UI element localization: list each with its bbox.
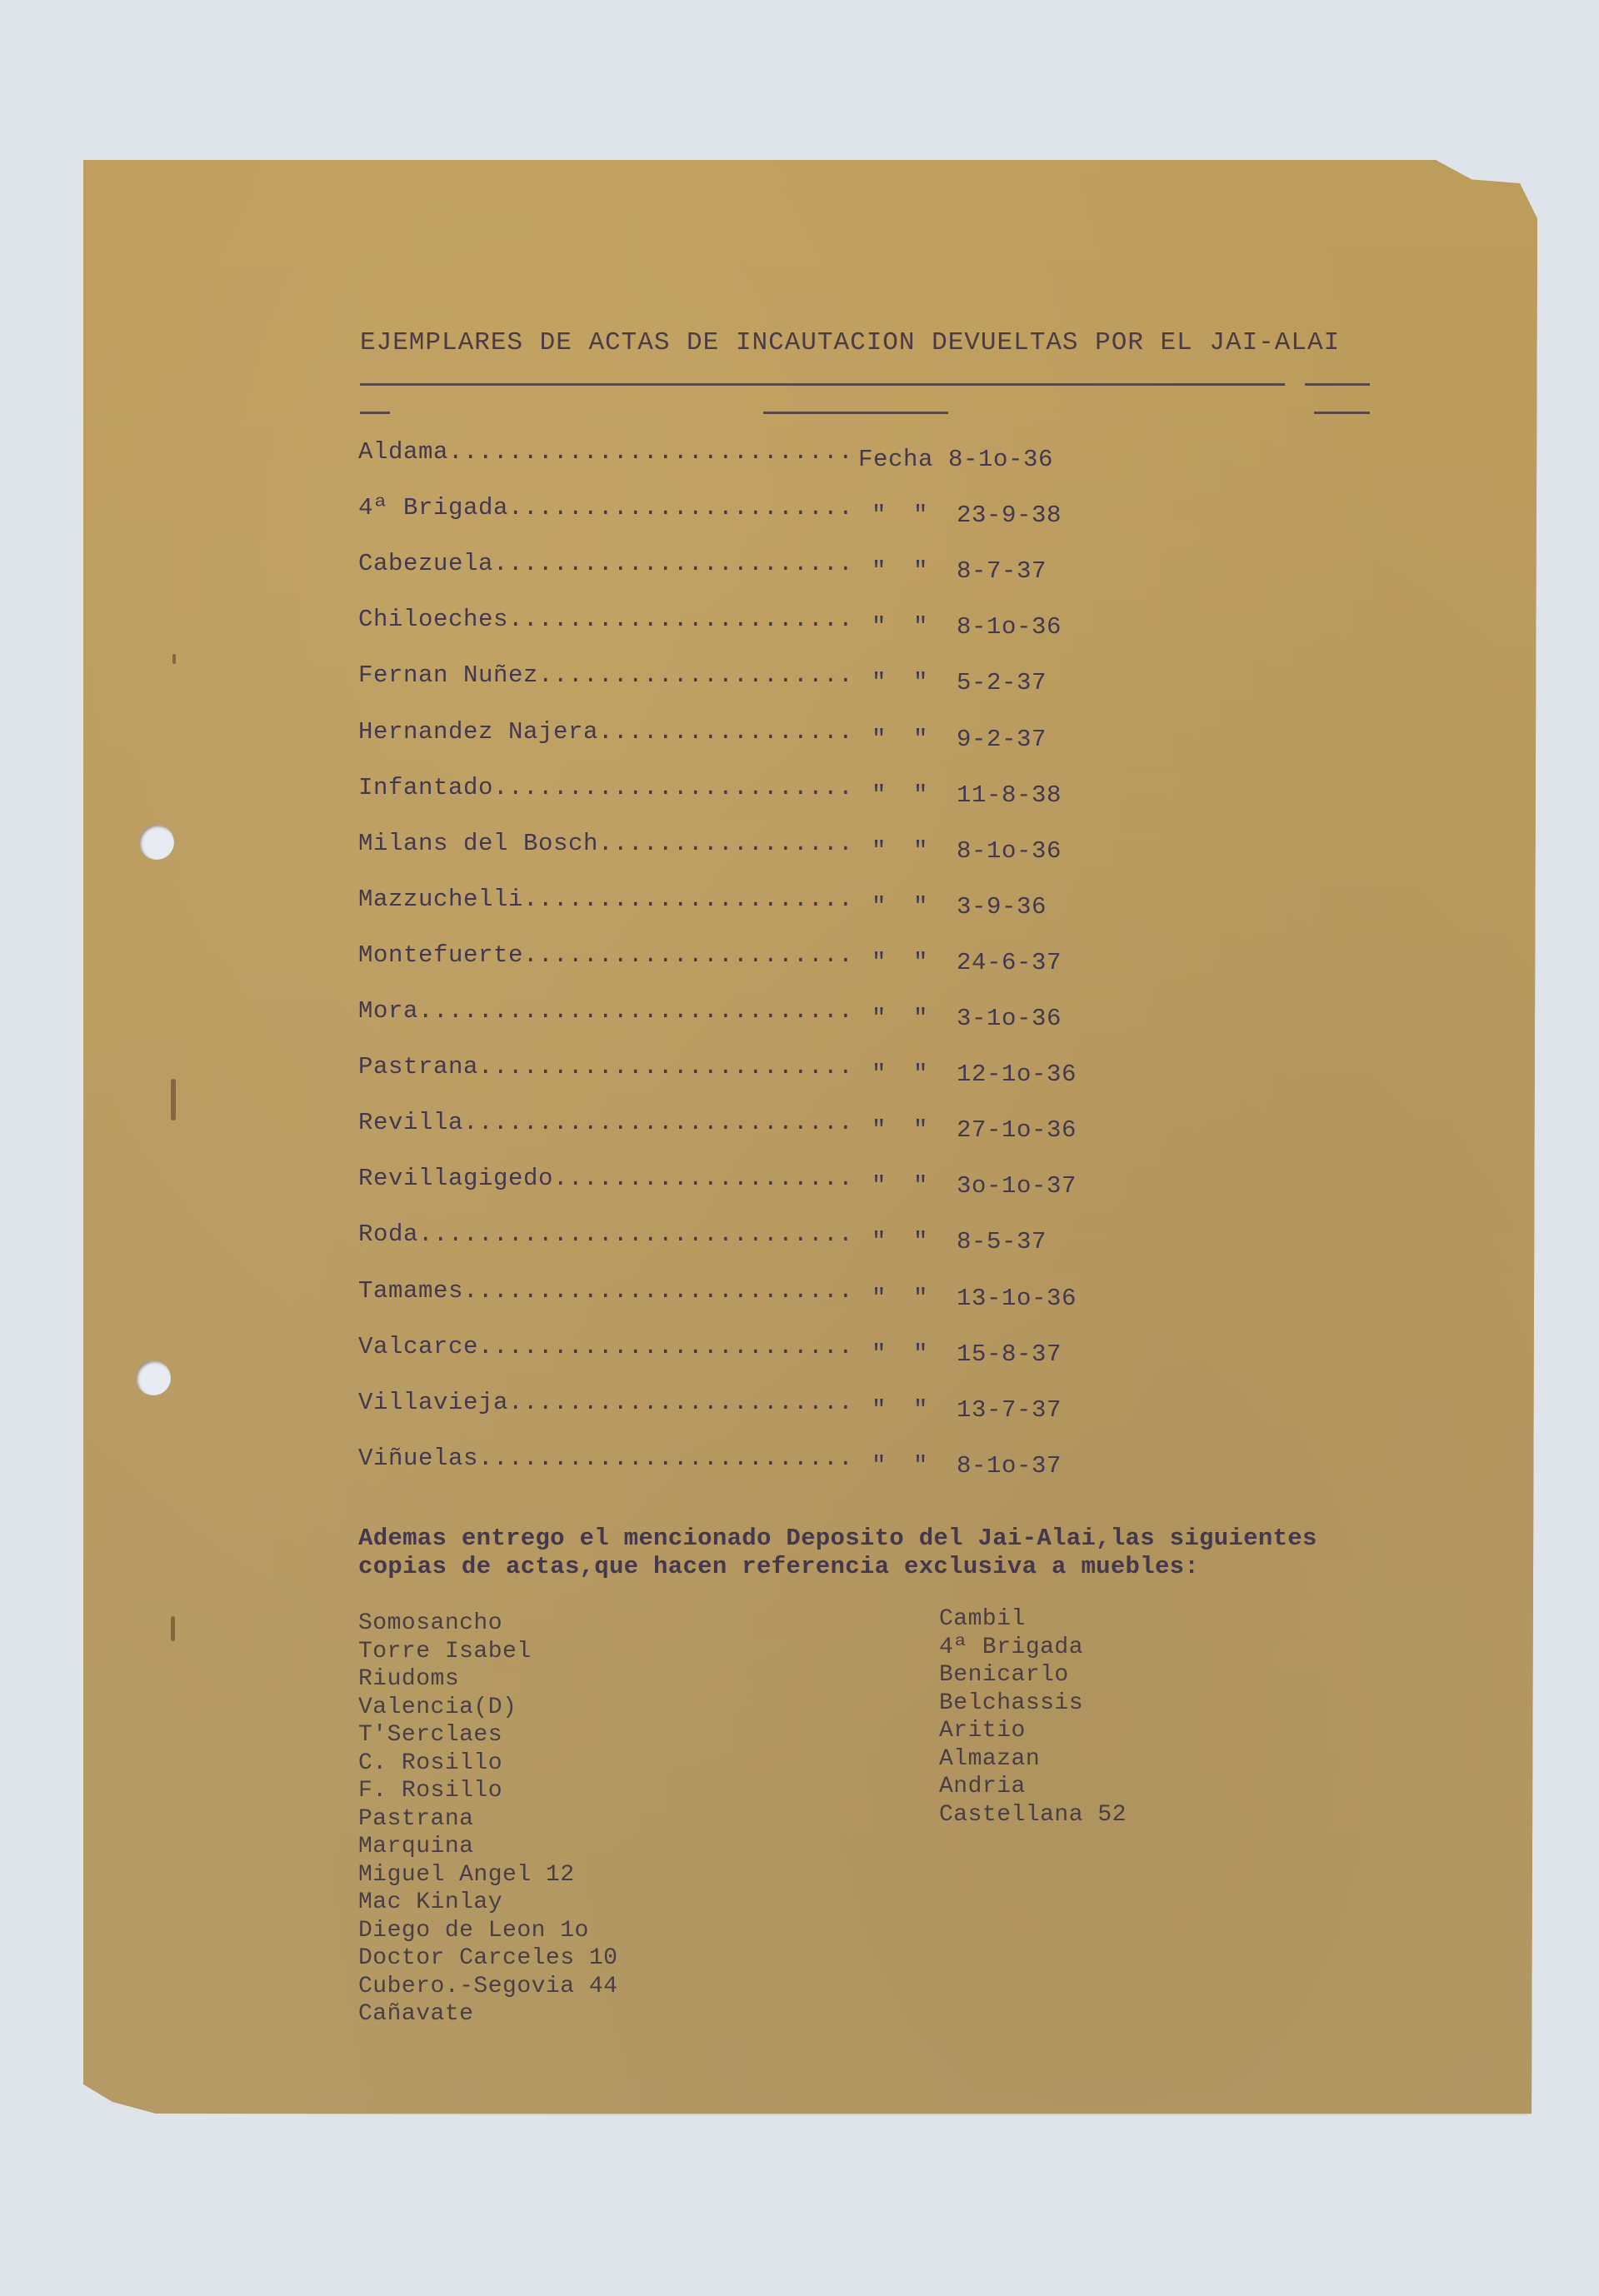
title-underline-end [1305, 383, 1370, 386]
record-date: 15-8-37 [957, 1340, 1062, 1368]
record-row: 4ª Brigada..............................… [358, 494, 1062, 529]
record-name: 4ª Brigada..............................… [358, 494, 858, 522]
record-date: 8-1o-37 [957, 1452, 1062, 1480]
record-row: Hernandez Najera........................… [358, 718, 1047, 753]
furniture-list-item: Cañavate [358, 2000, 617, 2029]
furniture-list-item: Diego de Leon 1o [358, 1917, 617, 1945]
record-name: Chiloeches..............................… [358, 606, 858, 633]
furniture-list-item: Torre Isabel [358, 1638, 617, 1666]
furniture-list-item: Andria [939, 1773, 1127, 1801]
record-date: 27-1o-36 [957, 1116, 1077, 1144]
furniture-list-item: Riudoms [358, 1665, 617, 1694]
ditto-mark: " [858, 893, 900, 921]
ditto-mark: " [858, 1452, 900, 1480]
record-row: Mora....................................… [358, 997, 1062, 1032]
record-date: 8-5-37 [957, 1228, 1047, 1255]
ditto-mark: " [858, 1061, 900, 1088]
record-date: 8-1o-36 [948, 446, 1053, 473]
record-name: Mora....................................… [358, 997, 858, 1025]
document-title: EJEMPLARES DE ACTAS DE INCAUTACION DEVUE… [360, 328, 1340, 357]
record-row: Infantado...............................… [358, 774, 1062, 809]
record-name: Roda....................................… [358, 1220, 858, 1248]
ditto-mark: " [900, 1285, 942, 1312]
furniture-list-left: SomosanchoTorre IsabelRiudomsValencia(D)… [358, 1610, 617, 2029]
ditto-mark: " [858, 1116, 900, 1144]
record-date: 11-8-38 [957, 781, 1062, 809]
ditto-mark: " [900, 557, 942, 585]
furniture-list-item: Doctor Carceles 10 [358, 1944, 617, 1973]
record-date: 5-2-37 [957, 669, 1047, 696]
ditto-mark: " [858, 726, 900, 753]
ditto-mark: " [900, 781, 942, 809]
record-name: Valcarce................................… [358, 1333, 858, 1360]
ditto-mark: " [900, 613, 942, 641]
record-date: 9-2-37 [957, 726, 1047, 753]
furniture-list-item: Almazan [939, 1745, 1127, 1774]
furniture-list-item: Cambil [939, 1605, 1127, 1634]
ditto-mark: " [858, 669, 900, 696]
ditto-mark: " [900, 1396, 942, 1424]
record-date: 24-6-37 [957, 949, 1062, 976]
record-name: Revillagigedo...........................… [358, 1165, 858, 1192]
furniture-list-item: Aritio [939, 1717, 1127, 1745]
ditto-mark: " [858, 502, 900, 529]
ditto-mark: " [900, 1340, 942, 1368]
record-name: Villavieja..............................… [358, 1389, 858, 1416]
ditto-mark: " [858, 1285, 900, 1312]
margin-ink-mark [172, 654, 176, 664]
record-row: Milans del Bosch........................… [358, 830, 1062, 865]
date-label: Fecha [858, 446, 933, 473]
record-date: 3-1o-36 [957, 1005, 1062, 1032]
furniture-list-right: Cambil4ª BrigadaBenicarloBelchassisAriti… [939, 1605, 1127, 1829]
title-underline [360, 383, 1285, 386]
record-row: Tamames.................................… [358, 1277, 1077, 1312]
record-date: 8-1o-36 [957, 613, 1062, 641]
record-name: Hernandez Najera........................… [358, 718, 858, 746]
record-row: Chiloeches..............................… [358, 606, 1062, 641]
record-date: 8-7-37 [957, 557, 1047, 585]
furniture-list-item: 4ª Brigada [939, 1634, 1127, 1662]
record-date: 3o-1o-37 [957, 1172, 1077, 1200]
furniture-paragraph: Ademas entrego el mencionado Deposito de… [358, 1525, 1317, 1581]
ditto-mark: " [900, 1172, 942, 1200]
record-name: Viñuelas................................… [358, 1445, 858, 1472]
record-row: Revillagigedo...........................… [358, 1165, 1077, 1200]
furniture-list-item: T'Serclaes [358, 1721, 617, 1749]
ditto-mark: " [900, 1116, 942, 1144]
record-date: 12-1o-36 [957, 1061, 1077, 1088]
record-row: Revilla.................................… [358, 1109, 1077, 1144]
paragraph-line-2: copias de actas,que hacen referencia exc… [358, 1553, 1199, 1580]
record-row: Mazzuchelli.............................… [358, 886, 1047, 921]
record-name: Milans del Bosch........................… [358, 830, 858, 857]
record-row: Montefuerte.............................… [358, 941, 1062, 976]
record-date: 23-9-38 [957, 502, 1062, 529]
punch-hole-upper [139, 825, 174, 860]
ditto-mark: " [858, 949, 900, 976]
ditto-mark: " [858, 1396, 900, 1424]
record-name: Fernan Nuñez............................… [358, 661, 858, 689]
record-name: Aldama..................................… [358, 438, 858, 466]
ditto-mark: " [900, 893, 942, 921]
ditto-mark: " [900, 1452, 942, 1480]
furniture-list-item: Valencia(D) [358, 1694, 617, 1722]
record-name: Infantado...............................… [358, 774, 858, 801]
column-rule-middle [763, 412, 948, 414]
ditto-mark: " [858, 1228, 900, 1255]
ditto-mark: " [900, 669, 942, 696]
record-row: Viñuelas................................… [358, 1445, 1062, 1480]
ditto-mark: " [900, 1228, 942, 1255]
punch-hole-lower [136, 1360, 171, 1395]
ditto-mark: " [858, 613, 900, 641]
furniture-list-item: Somosancho [358, 1610, 617, 1638]
record-row: Pastrana................................… [358, 1053, 1077, 1088]
ditto-mark: " [900, 1005, 942, 1032]
record-row: Cabezuela...............................… [358, 550, 1047, 585]
record-name: Tamames.................................… [358, 1277, 858, 1305]
record-name: Cabezuela...............................… [358, 550, 858, 577]
furniture-list-item: Cubero.-Segovia 44 [358, 1973, 617, 2001]
column-rule-left [360, 412, 390, 414]
record-row: Fernan Nuñez............................… [358, 661, 1047, 696]
furniture-list-item: Benicarlo [939, 1661, 1127, 1690]
ditto-mark: " [858, 557, 900, 585]
furniture-list-item: Belchassis [939, 1690, 1127, 1718]
ditto-mark: " [858, 1005, 900, 1032]
ditto-mark: " [900, 502, 942, 529]
margin-ink-mark [171, 1616, 175, 1641]
ditto-mark: " [858, 1340, 900, 1368]
paragraph-line-1: Ademas entrego el mencionado Deposito de… [358, 1525, 1317, 1552]
record-row: Valcarce................................… [358, 1333, 1062, 1368]
ditto-mark: " [900, 1061, 942, 1088]
record-name: Revilla.................................… [358, 1109, 858, 1136]
record-name: Mazzuchelli.............................… [358, 886, 858, 913]
record-row: Villavieja..............................… [358, 1389, 1062, 1424]
record-date: 8-1o-36 [957, 837, 1062, 865]
record-row: Aldama..................................… [358, 438, 1053, 473]
record-name: Montefuerte.............................… [358, 941, 858, 969]
ditto-mark: " [900, 949, 942, 976]
ditto-mark: " [858, 781, 900, 809]
ditto-mark: " [900, 837, 942, 865]
furniture-list-item: F. Rosillo [358, 1777, 617, 1805]
record-date: 13-1o-36 [957, 1285, 1077, 1312]
record-date: 3-9-36 [957, 893, 1047, 921]
furniture-list-item: Pastrana [358, 1805, 617, 1834]
record-date: 13-7-37 [957, 1396, 1062, 1424]
furniture-list-item: Marquina [358, 1833, 617, 1861]
record-name: Pastrana................................… [358, 1053, 858, 1081]
furniture-list-item: Mac Kinlay [358, 1889, 617, 1917]
record-row: Roda....................................… [358, 1220, 1047, 1255]
ditto-mark: " [900, 726, 942, 753]
furniture-list-item: C. Rosillo [358, 1749, 617, 1778]
margin-ink-mark [171, 1079, 176, 1121]
column-rule-right [1314, 412, 1370, 414]
furniture-list-item: Castellana 52 [939, 1801, 1127, 1829]
ditto-mark: " [858, 837, 900, 865]
furniture-list-item: Miguel Angel 12 [358, 1861, 617, 1889]
ditto-mark: " [858, 1172, 900, 1200]
